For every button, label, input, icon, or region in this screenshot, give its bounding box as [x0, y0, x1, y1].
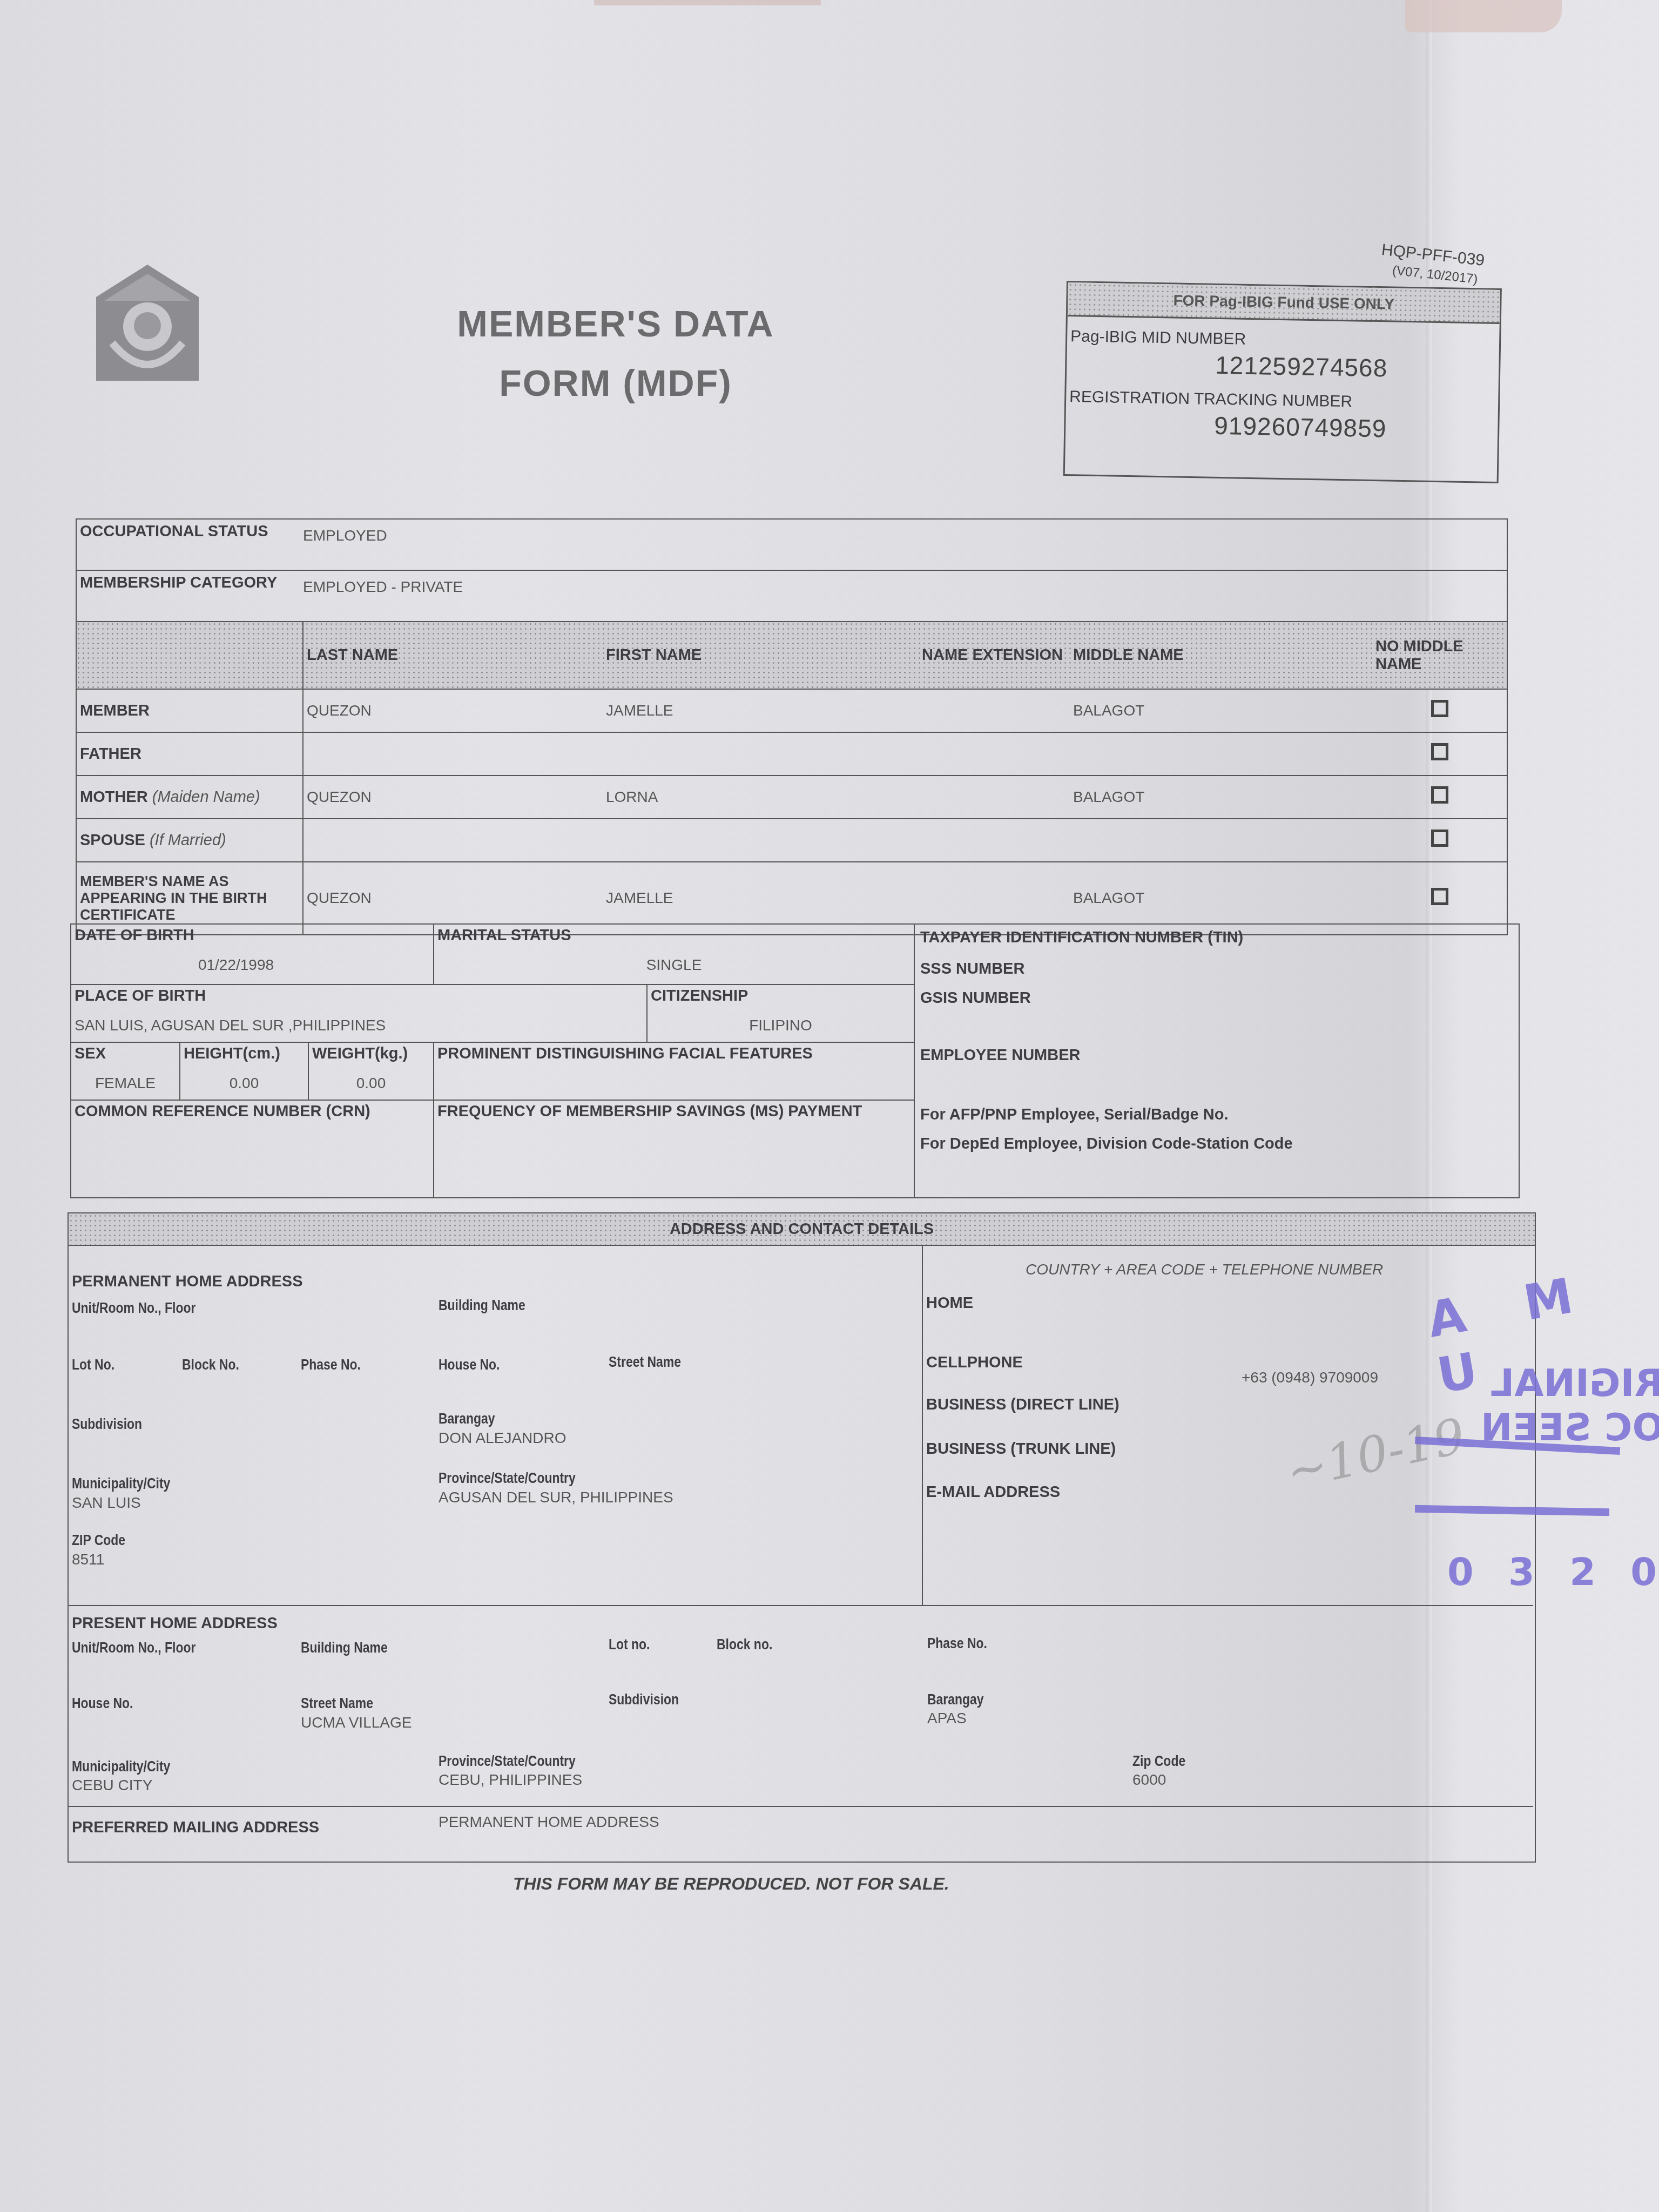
pres-city-value: CEBU CITY — [72, 1777, 152, 1794]
pres-building-label: Building Name — [301, 1640, 388, 1656]
place-of-birth-field[interactable]: PLACE OF BIRTH SAN LUIS, AGUSAN DEL SUR … — [71, 985, 648, 1043]
perm-city-label: Municipality/City — [72, 1475, 170, 1492]
row-label-note: (Maiden Name) — [152, 788, 260, 806]
perm-subdivision-label: Subdivision — [72, 1416, 142, 1433]
perm-house-label: House No. — [439, 1357, 500, 1373]
row-label-text: MEMBER'S NAME AS APPEARING IN THE BIRTH … — [80, 873, 267, 923]
weight-value: 0.00 — [309, 1075, 433, 1092]
height-field[interactable]: HEIGHT(cm.) 0.00 — [180, 1043, 309, 1101]
occupational-status-value: EMPLOYED — [303, 527, 387, 544]
citizenship-field[interactable]: CITIZENSHIP FILIPINO — [648, 985, 915, 1043]
dob-label: DATE OF BIRTH — [71, 925, 433, 947]
received-stamp: A M U ORIGINAL DOC SEEN 0 3 2 0 — [1415, 1258, 1659, 1582]
preferred-mailing-value: PERMANENT HOME ADDRESS — [439, 1813, 659, 1831]
place-of-birth-label: PLACE OF BIRTH — [71, 985, 646, 1007]
perm-city-value: SAN LUIS — [72, 1494, 141, 1512]
pres-house-label: House No. — [72, 1695, 133, 1712]
frequency-label: FREQUENCY OF MEMBERSHIP SAVINGS (MS) PAY… — [434, 1101, 914, 1123]
perm-lot-label: Lot No. — [72, 1357, 114, 1373]
ids-panel: TAXPAYER IDENTIFICATION NUMBER (TIN) SSS… — [917, 925, 1511, 1197]
gsis-label: GSIS NUMBER — [920, 989, 1031, 1007]
first-name-value: LORNA — [606, 788, 658, 805]
pag-ibig-house-logo-icon — [91, 262, 204, 383]
perm-block-label: Block No. — [182, 1357, 239, 1373]
occupational-status-label: OCCUPATIONAL STATUS — [76, 519, 303, 570]
last-name-field[interactable] — [303, 732, 603, 775]
pres-subdivision-label: Subdivision — [609, 1691, 679, 1708]
header-first-name: FIRST NAME — [603, 622, 919, 689]
row-label-text: MEMBER — [80, 702, 150, 719]
home-phone-label: HOME — [926, 1294, 973, 1312]
mid-number-label: Pag-IBIG MID NUMBER — [1070, 327, 1499, 353]
names-header-row: LAST NAME FIRST NAME NAME EXTENSION MIDD… — [76, 622, 1507, 689]
membership-category-value: EMPLOYED - PRIVATE — [303, 578, 463, 595]
row-label-note: (If Married) — [150, 832, 226, 849]
table-row: SPOUSE (If Married) — [76, 819, 1507, 862]
marital-status-value: SINGLE — [434, 956, 914, 974]
dob-field[interactable]: DATE OF BIRTH 01/22/1998 — [71, 925, 434, 985]
header-last-name: LAST NAME — [303, 622, 603, 689]
perm-phase-label: Phase No. — [301, 1357, 361, 1373]
pres-zip-value: 6000 — [1132, 1771, 1166, 1789]
middle-name-field[interactable] — [1070, 732, 1372, 775]
occupational-status-field[interactable]: EMPLOYED — [303, 519, 1507, 570]
no-middle-name-checkbox[interactable] — [1372, 819, 1507, 862]
middle-name-field[interactable] — [1070, 819, 1372, 862]
rtn-value: 919260749859 — [1214, 411, 1498, 445]
address-section: ADDRESS AND CONTACT DETAILS PERMANENT HO… — [68, 1212, 1536, 1863]
marital-status-label: MARITAL STATUS — [434, 925, 914, 947]
address-section-header: ADDRESS AND CONTACT DETAILS — [69, 1213, 1535, 1246]
middle-name-field[interactable]: BALAGOT — [1070, 689, 1372, 732]
business-direct-label: BUSINESS (DIRECT LINE) — [926, 1396, 1120, 1414]
no-middle-name-checkbox[interactable] — [1372, 732, 1507, 775]
header-middle-name: MIDDLE NAME — [1070, 622, 1372, 689]
name-extension-field[interactable] — [919, 819, 1070, 862]
header-no-middle-name: NO MIDDLE NAME — [1372, 622, 1507, 689]
pres-city-label: Municipality/City — [72, 1758, 170, 1775]
phone-format-hint: COUNTRY + AREA CODE + TELEPHONE NUMBER — [1026, 1261, 1383, 1278]
sex-field[interactable]: SEX FEMALE — [71, 1043, 180, 1101]
checkbox-icon — [1431, 888, 1448, 905]
first-name-field[interactable] — [603, 819, 919, 862]
stamp-middle-text: ORIGINAL DOC SEEN — [1415, 1361, 1659, 1449]
present-address-title: PRESENT HOME ADDRESS — [72, 1615, 278, 1633]
marital-status-field[interactable]: MARITAL STATUS SINGLE — [434, 925, 915, 985]
sex-label: SEX — [71, 1043, 179, 1065]
last-name-value: QUEZON — [307, 702, 372, 719]
perm-province-value: AGUSAN DEL SUR, PHILIPPINES — [439, 1489, 673, 1506]
first-name-value: JAMELLE — [606, 702, 673, 719]
last-name-value: QUEZON — [307, 788, 372, 805]
preferred-mailing-field[interactable]: PREFERRED MAILING ADDRESS PERMANENT HOME… — [69, 1807, 1533, 1861]
name-row-label: MEMBER — [76, 689, 303, 732]
no-middle-name-checkbox[interactable] — [1372, 689, 1507, 732]
crn-label: COMMON REFERENCE NUMBER (CRN) — [71, 1101, 433, 1123]
name-extension-field[interactable] — [919, 775, 1070, 819]
present-address-block[interactable]: PRESENT HOME ADDRESS Unit/Room No., Floo… — [69, 1606, 1533, 1807]
title-line-1: MEMBER'S DATA — [427, 294, 805, 354]
cellphone-label: CELLPHONE — [926, 1354, 1023, 1372]
crn-field[interactable]: COMMON REFERENCE NUMBER (CRN) — [71, 1101, 434, 1197]
last-name-field[interactable]: QUEZON — [303, 775, 603, 819]
perm-barangay-value: DON ALEJANDRO — [439, 1429, 567, 1447]
pres-province-label: Province/State/Country — [439, 1753, 576, 1770]
middle-name-value: BALAGOT — [1073, 702, 1144, 719]
height-label: HEIGHT(cm.) — [180, 1043, 308, 1065]
perm-province-label: Province/State/Country — [439, 1470, 576, 1487]
rtn-label: REGISTRATION TRACKING NUMBER — [1069, 388, 1498, 414]
tin-label: TAXPAYER IDENTIFICATION NUMBER (TIN) — [920, 929, 1243, 947]
middle-name-value: BALAGOT — [1073, 788, 1144, 805]
table-row: MEMBER QUEZONJAMELLEBALAGOT — [76, 689, 1507, 732]
facial-features-field[interactable]: PROMINENT DISTINGUISHING FACIAL FEATURES — [434, 1043, 915, 1101]
perm-unit-label: Unit/Room No., Floor — [72, 1300, 195, 1317]
row-label-text: MOTHER — [80, 788, 148, 806]
citizenship-label: CITIZENSHIP — [648, 985, 914, 1007]
pres-unit-label: Unit/Room No., Floor — [72, 1640, 195, 1656]
pres-street-label: Street Name — [301, 1695, 373, 1712]
pres-block-label: Block no. — [717, 1636, 772, 1653]
table-row: FATHER — [76, 732, 1507, 775]
mid-number-value: 121259274568 — [1215, 350, 1499, 385]
page-title: MEMBER'S DATA FORM (MDF) — [427, 294, 805, 413]
perm-barangay-label: Barangay — [439, 1411, 495, 1427]
email-label: E-MAIL ADDRESS — [926, 1483, 1060, 1501]
pres-street-value: UCMA VILLAGE — [301, 1714, 412, 1731]
name-row-label: FATHER — [76, 732, 303, 775]
cellphone-value[interactable]: +63 (0948) 9709009 — [1242, 1369, 1378, 1386]
checkbox-icon — [1431, 743, 1448, 760]
row-label-text: SPOUSE — [80, 832, 145, 849]
perm-building-label: Building Name — [439, 1297, 525, 1314]
no-middle-name-checkbox[interactable] — [1372, 775, 1507, 819]
perm-zip-value: 8511 — [72, 1551, 104, 1568]
facial-features-label: PROMINENT DISTINGUISHING FACIAL FEATURES — [434, 1043, 914, 1065]
header-blank — [76, 622, 303, 689]
background-object — [594, 0, 821, 5]
pres-barangay-label: Barangay — [927, 1691, 984, 1708]
row-label-text: FATHER — [80, 745, 141, 763]
citizenship-value: FILIPINO — [648, 1017, 914, 1034]
perm-zip-label: ZIP Code — [72, 1532, 125, 1549]
name-row-label: MOTHER (Maiden Name) — [76, 775, 303, 819]
first-name-field[interactable]: LORNA — [603, 775, 919, 819]
personal-data-section: DATE OF BIRTH 01/22/1998 MARITAL STATUS … — [70, 923, 1520, 1198]
checkbox-icon — [1431, 700, 1448, 717]
pres-phase-label: Phase No. — [927, 1635, 987, 1652]
middle-name-value: BALAGOT — [1073, 889, 1144, 906]
pres-province-value: CEBU, PHILIPPINES — [439, 1771, 582, 1789]
first-name-value: JAMELLE — [606, 889, 673, 906]
pres-barangay-value: APAS — [927, 1710, 967, 1727]
dob-value: 01/22/1998 — [39, 956, 433, 974]
form-code: HQP-PFF-039 (V07, 10/2017) — [1378, 240, 1485, 290]
name-extension-field[interactable] — [919, 732, 1070, 775]
sss-label: SSS NUMBER — [920, 960, 1024, 978]
name-extension-field[interactable] — [919, 689, 1070, 732]
deped-label: For DepEd Employee, Division Code-Statio… — [920, 1135, 1293, 1153]
last-name-field[interactable] — [303, 819, 603, 862]
checkbox-icon — [1431, 786, 1448, 804]
first-name-field[interactable]: JAMELLE — [603, 689, 919, 732]
afp-pnp-label: For AFP/PNP Employee, Serial/Badge No. — [920, 1106, 1228, 1124]
header-name-extension: NAME EXTENSION — [919, 622, 1070, 689]
weight-label: WEIGHT(kg.) — [309, 1043, 433, 1065]
employee-number-label: EMPLOYEE NUMBER — [920, 1047, 1080, 1064]
pres-lot-label: Lot no. — [609, 1636, 650, 1653]
pres-zip-label: Zip Code — [1132, 1753, 1185, 1770]
background-object — [1405, 0, 1562, 32]
sex-value: FEMALE — [71, 1075, 179, 1092]
fund-use-only-header: FOR Pag-IBIG Fund USE ONLY — [1068, 282, 1500, 324]
membership-category-label: MEMBERSHIP CATEGORY — [76, 570, 303, 622]
permanent-address-block[interactable]: PERMANENT HOME ADDRESS Unit/Room No., Fl… — [69, 1246, 923, 1606]
fund-use-only-box: FOR Pag-IBIG Fund USE ONLY Pag-IBIG MID … — [1063, 281, 1502, 483]
height-value: 0.00 — [180, 1075, 308, 1092]
last-name-value: QUEZON — [307, 889, 372, 906]
checkbox-icon — [1431, 829, 1448, 847]
first-name-field[interactable] — [603, 732, 919, 775]
business-trunk-label: BUSINESS (TRUNK LINE) — [926, 1440, 1116, 1458]
place-of-birth-value: SAN LUIS, AGUSAN DEL SUR ,PHILIPPINES — [71, 1017, 646, 1034]
last-name-field[interactable]: QUEZON — [303, 689, 603, 732]
frequency-field[interactable]: FREQUENCY OF MEMBERSHIP SAVINGS (MS) PAY… — [434, 1101, 915, 1197]
middle-name-field[interactable]: BALAGOT — [1070, 775, 1372, 819]
membership-category-field[interactable]: EMPLOYED - PRIVATE — [303, 570, 1507, 622]
title-line-2: FORM (MDF) — [427, 354, 805, 413]
stamp-line — [1415, 1505, 1609, 1516]
stamp-bottom-text: 0 3 2 0 — [1447, 1550, 1659, 1594]
permanent-address-title: PERMANENT HOME ADDRESS — [72, 1273, 303, 1291]
weight-field[interactable]: WEIGHT(kg.) 0.00 — [309, 1043, 434, 1101]
name-row-label: SPOUSE (If Married) — [76, 819, 303, 862]
table-row: MOTHER (Maiden Name)QUEZONLORNABALAGOT — [76, 775, 1507, 819]
footer-note: THIS FORM MAY BE REPRODUCED. NOT FOR SAL… — [513, 1874, 949, 1894]
member-names-table: OCCUPATIONAL STATUS EMPLOYED MEMBERSHIP … — [76, 518, 1508, 935]
preferred-mailing-label: PREFERRED MAILING ADDRESS — [72, 1819, 319, 1837]
perm-street-label: Street Name — [609, 1354, 681, 1371]
